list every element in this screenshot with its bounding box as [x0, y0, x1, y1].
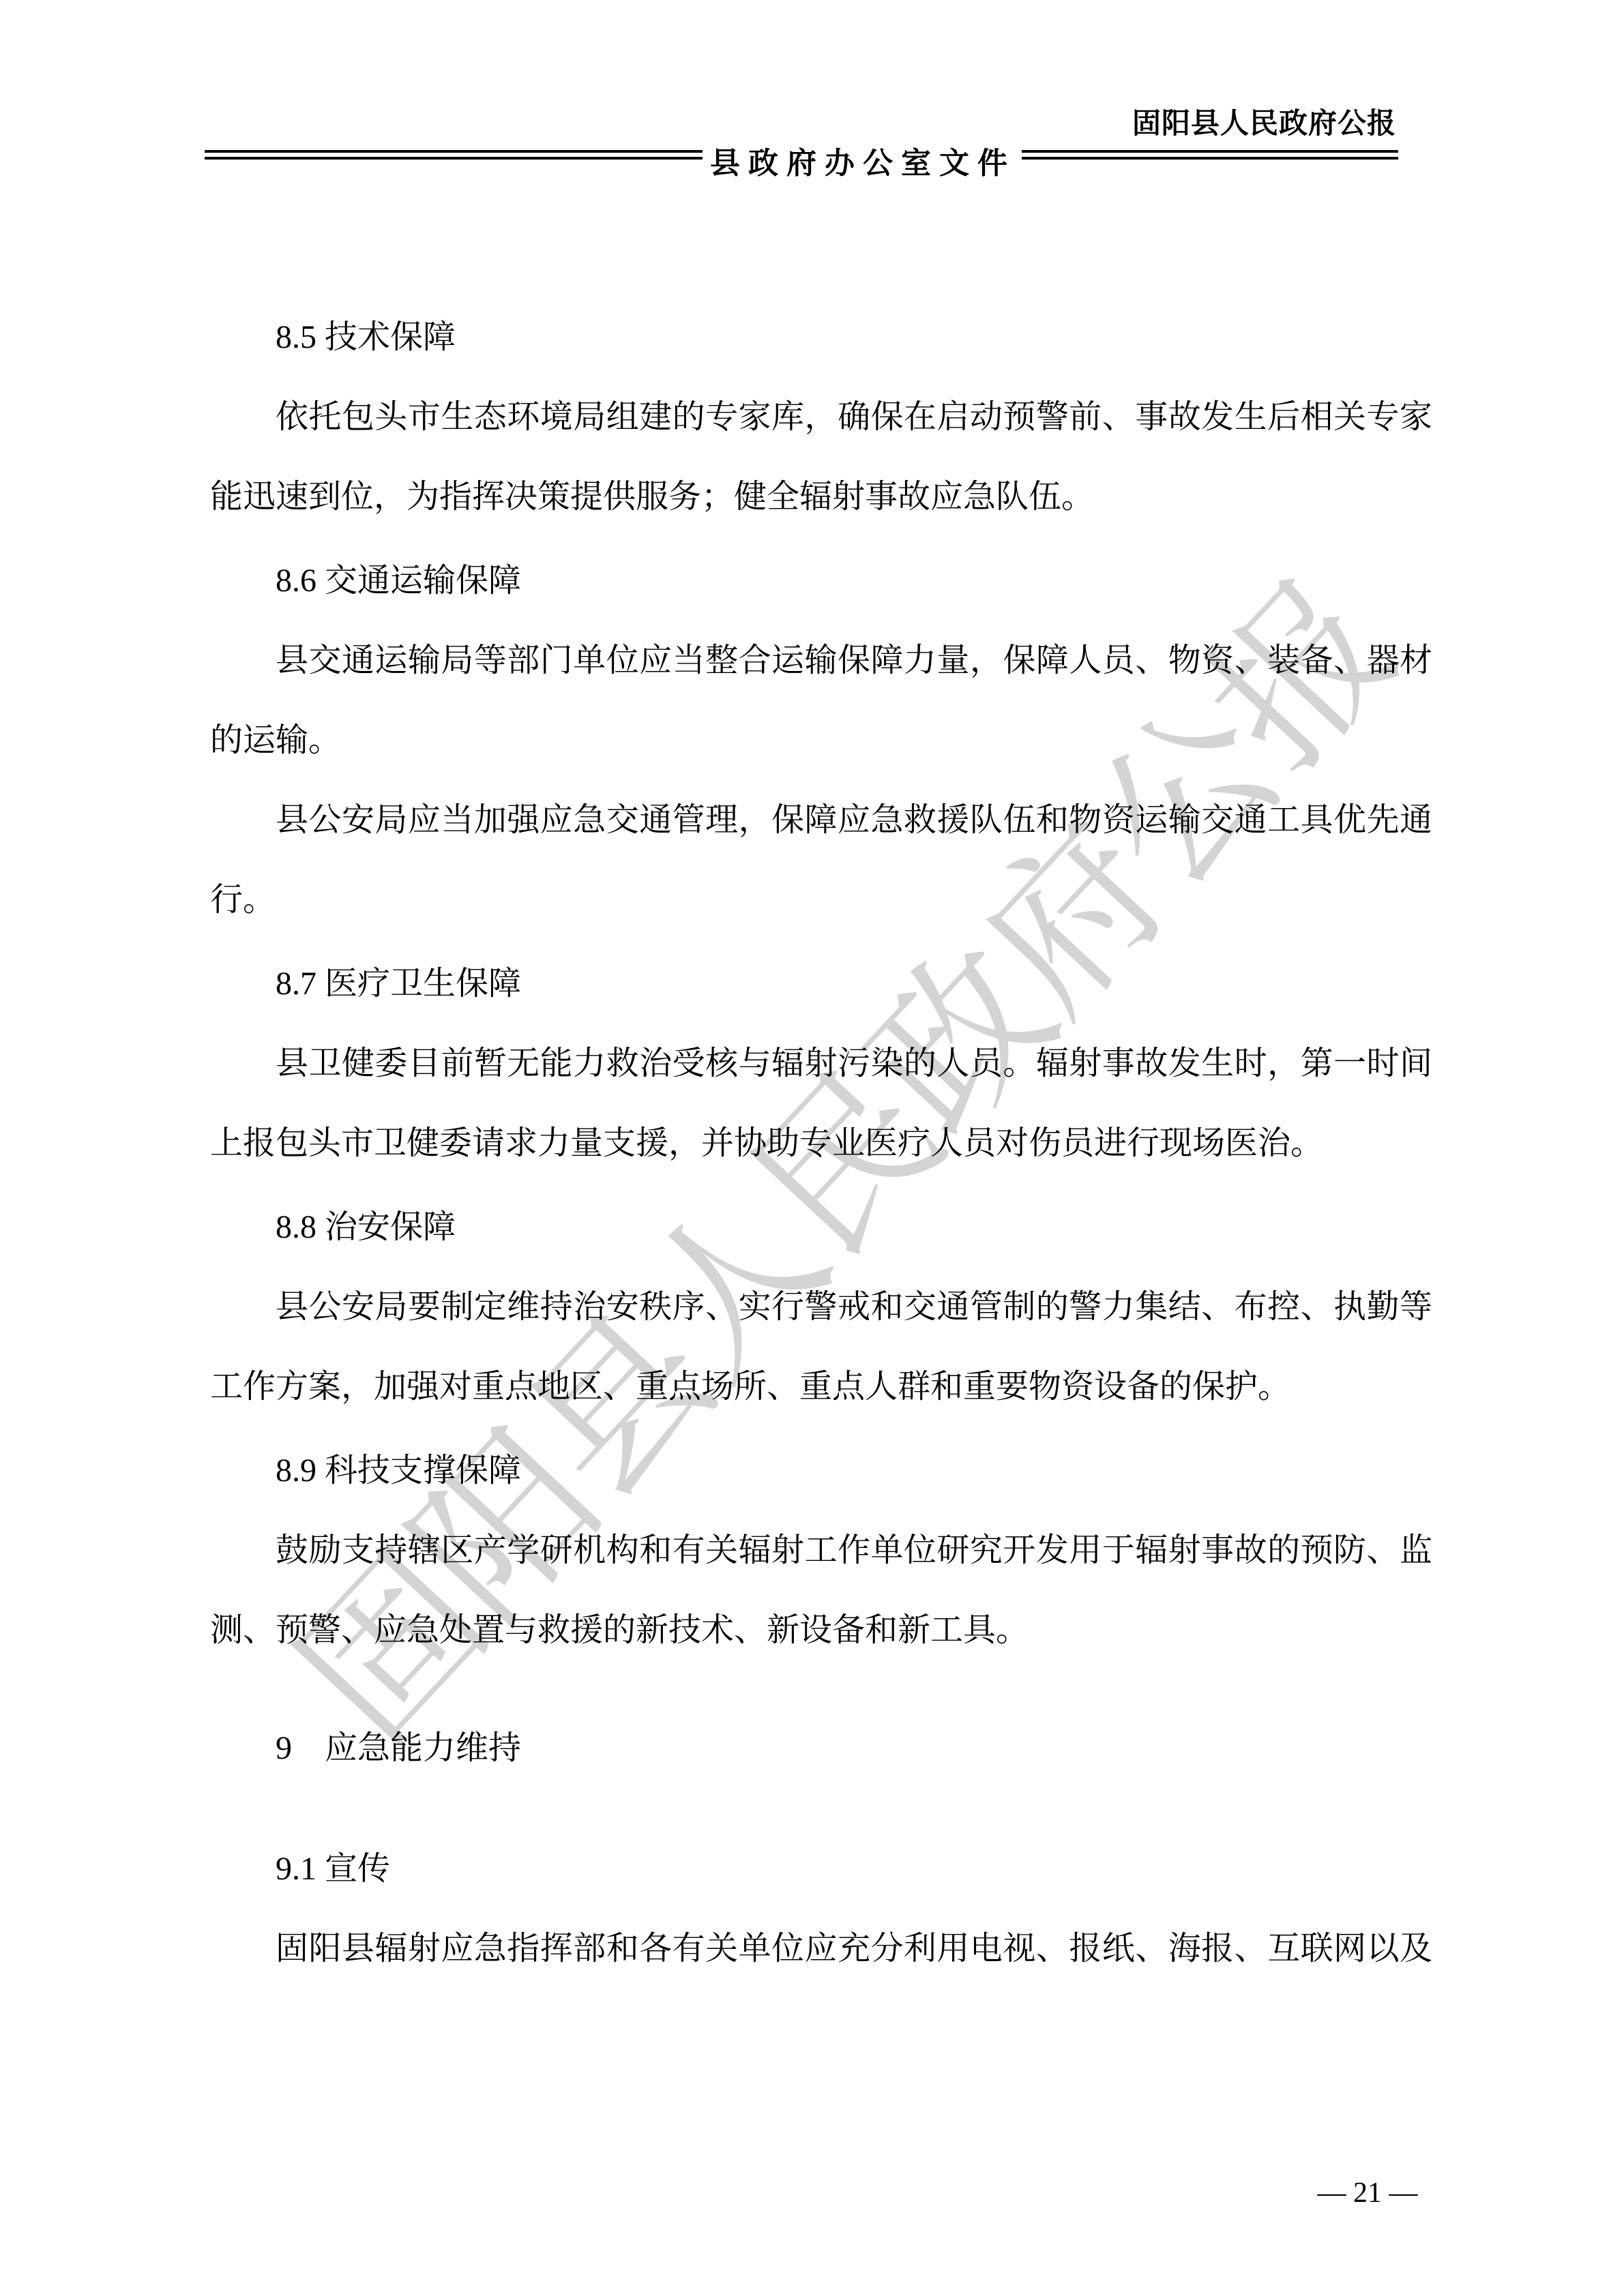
paragraph: 县交通运输局等部门单位应当整合运输保障力量，保障人员、物资、装备、器材的运输。	[210, 621, 1432, 780]
banner-rule-left	[205, 150, 703, 160]
sub-heading: 8.5 技术保障	[210, 297, 1432, 377]
paragraph: 县公安局应当加强应急交通管理，保障应急救援队伍和物资运输交通工具优先通行。	[210, 780, 1432, 940]
paragraph: 依托包头市生态环境局组建的专家库，确保在启动预警前、事故发生后相关专家能迅速到位…	[210, 377, 1432, 537]
banner-rule-right	[1022, 150, 1398, 160]
paragraph-line: 上报包头市卫健委请求力量支援，并协助专业医疗人员对伤员进行现场医治。	[210, 1103, 1432, 1183]
paragraph-line: 能迅速到位，为指挥决策提供服务；健全辐射事故应急队伍。	[210, 457, 1432, 537]
heading-line: 9.1 宣传	[210, 1829, 1432, 1909]
chapter-heading: 9 应急能力维持	[210, 1708, 1432, 1788]
sub-heading: 8.6 交通运输保障	[210, 541, 1432, 621]
heading-line: 8.9 科技支撑保障	[210, 1431, 1432, 1510]
paragraph-line: 工作方案，加强对重点地区、重点场所、重点人群和重要物资设备的保护。	[210, 1347, 1432, 1427]
heading-line: 9 应急能力维持	[210, 1708, 1432, 1788]
sub-heading: 8.9 科技支撑保障	[210, 1431, 1432, 1510]
paragraph-line: 的运输。	[210, 700, 1432, 780]
document-page: 固阳县人民政府公报 固阳县人民政府公报 县政府办公室文件 8.5 技术保障依托包…	[0, 0, 1624, 2296]
heading-line: 8.5 技术保障	[210, 297, 1432, 377]
paragraph-line: 县卫健委目前暂无能力救治受核与辐射污染的人员。辐射事故发生时，第一时间	[210, 1024, 1432, 1103]
paragraph-line: 鼓励支持辖区产学研机构和有关辐射工作单位研究开发用于辐射事故的预防、监	[210, 1510, 1432, 1590]
sub-heading: 8.8 治安保障	[210, 1187, 1432, 1267]
paragraph: 县公安局要制定维持治安秩序、实行警戒和交通管制的警力集结、布控、执勤等工作方案，…	[210, 1267, 1432, 1427]
paragraph-line: 行。	[210, 860, 1432, 940]
paragraph: 固阳县辐射应急指挥部和各有关单位应充分利用电视、报纸、海报、互联网以及	[210, 1909, 1432, 1988]
paragraph-line: 固阳县辐射应急指挥部和各有关单位应充分利用电视、报纸、海报、互联网以及	[210, 1909, 1432, 1988]
heading-line: 8.8 治安保障	[210, 1187, 1432, 1267]
heading-line: 8.7 医疗卫生保障	[210, 944, 1432, 1024]
sub-heading: 9.1 宣传	[210, 1829, 1432, 1909]
paragraph-line: 县公安局要制定维持治安秩序、实行警戒和交通管制的警力集结、布控、执勤等	[210, 1267, 1432, 1347]
heading-line: 8.6 交通运输保障	[210, 541, 1432, 621]
paragraph-line: 县交通运输局等部门单位应当整合运输保障力量，保障人员、物资、装备、器材	[210, 621, 1432, 700]
paragraph: 鼓励支持辖区产学研机构和有关辐射工作单位研究开发用于辐射事故的预防、监测、预警、…	[210, 1510, 1432, 1670]
paragraph: 县卫健委目前暂无能力救治受核与辐射污染的人员。辐射事故发生时，第一时间上报包头市…	[210, 1024, 1432, 1183]
paragraph-line: 测、预警、应急处置与救援的新技术、新设备和新工具。	[210, 1590, 1432, 1670]
page-number: — 21 —	[1310, 2177, 1426, 2209]
section-banner: 县政府办公室文件	[704, 138, 1022, 182]
paragraph-line: 依托包头市生态环境局组建的专家库，确保在启动预警前、事故发生后相关专家	[210, 377, 1432, 457]
document-body: 8.5 技术保障依托包头市生态环境局组建的专家库，确保在启动预警前、事故发生后相…	[210, 297, 1432, 1988]
gazette-title: 固阳县人民政府公报	[1132, 101, 1396, 142]
sub-heading: 8.7 医疗卫生保障	[210, 944, 1432, 1024]
paragraph-line: 县公安局应当加强应急交通管理，保障应急救援队伍和物资运输交通工具优先通	[210, 780, 1432, 860]
